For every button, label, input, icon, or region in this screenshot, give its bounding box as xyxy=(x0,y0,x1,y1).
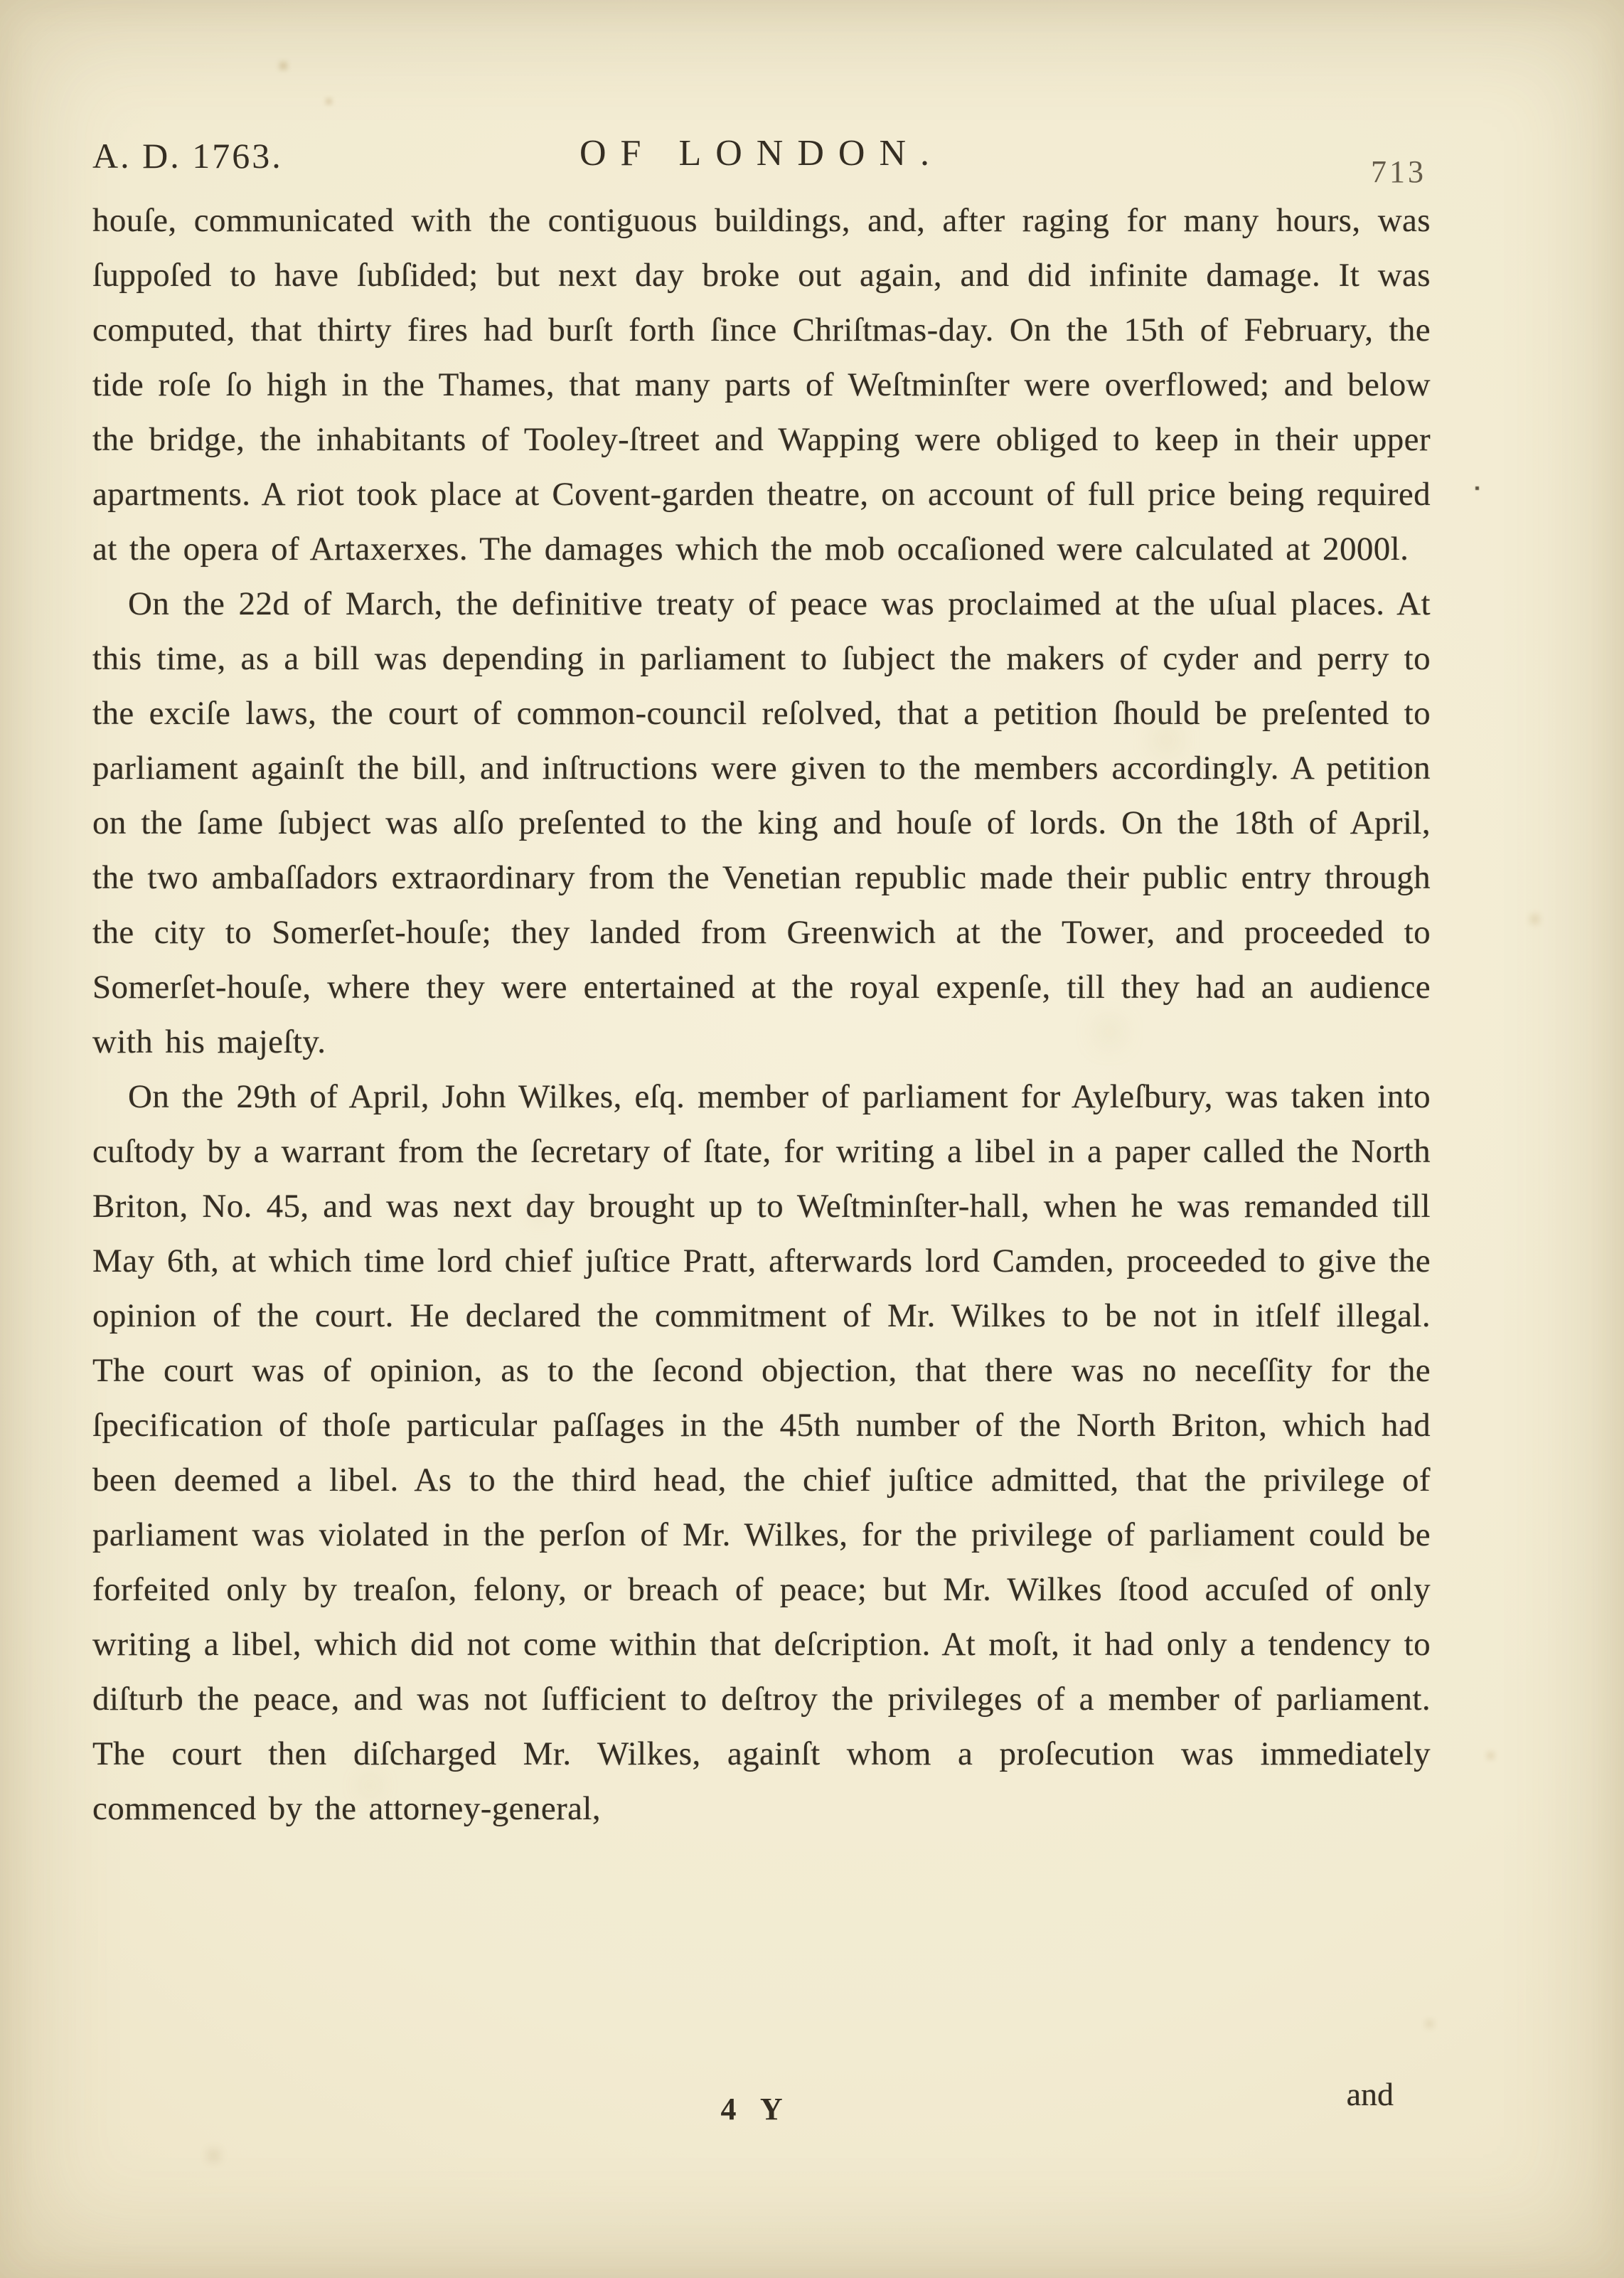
paragraph-treaty-of-peace: On the 22d of March, the definitive trea… xyxy=(92,577,1431,1070)
catchword: and xyxy=(1347,2075,1394,2113)
paragraph-john-wilkes: On the 29th of April, John Wilkes, eſq. … xyxy=(92,1070,1431,1836)
show-through-ghosting xyxy=(0,0,1,1)
page-number: 713 xyxy=(1371,154,1426,190)
page-text-block: houſe, communicated with the contiguous … xyxy=(92,193,1431,1836)
paragraph-continuation: houſe, communicated with the contiguous … xyxy=(92,193,1431,577)
page-footer: 4 Y and xyxy=(92,2075,1431,2139)
paper-blemishes xyxy=(0,0,1,1)
header-year: A. D. 1763. xyxy=(92,135,283,176)
signature-mark: 4 Y xyxy=(720,2091,791,2127)
header-title: OF LONDON. xyxy=(579,132,944,174)
book-page-scan: A. D. 1763. OF LONDON. 713 houſe, commun… xyxy=(0,0,1624,2278)
running-head: A. D. 1763. OF LONDON. 713 xyxy=(92,127,1431,191)
